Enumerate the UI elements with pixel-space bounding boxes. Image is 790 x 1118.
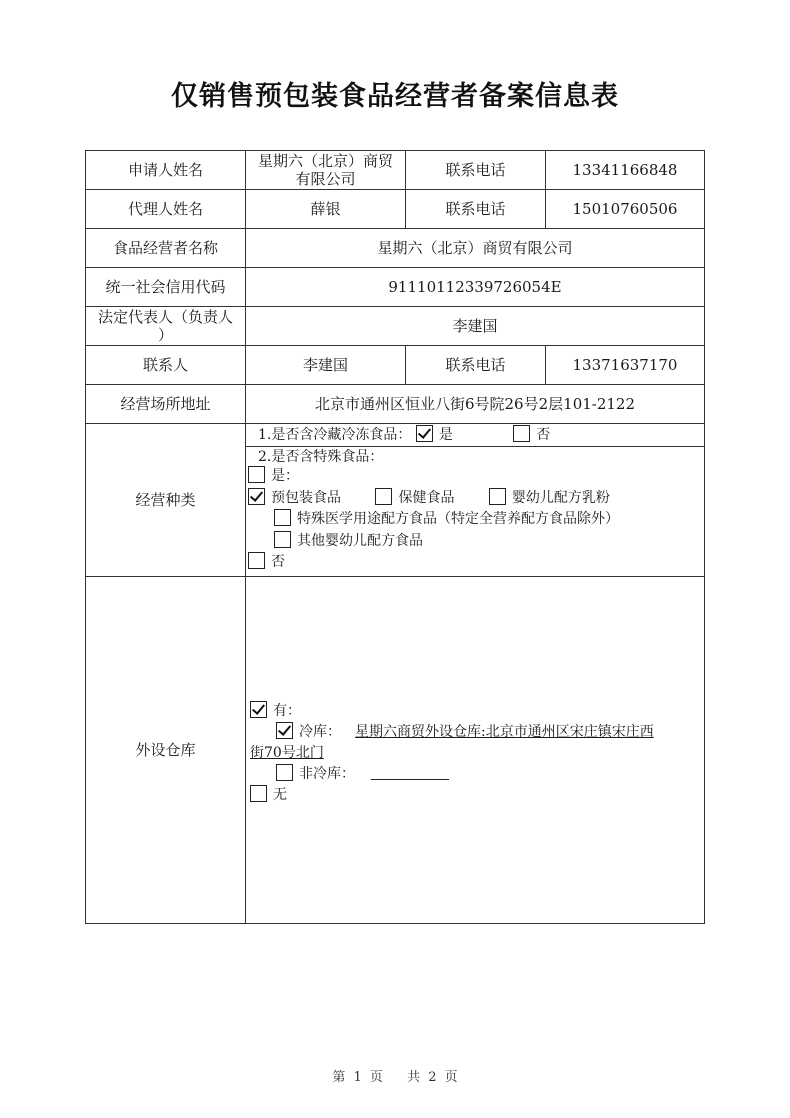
address-label: 经营场所地址 — [86, 385, 246, 424]
cold-storage-address: 星期六商贸外设仓库:北京市通州区宋庄镇宋庄西 — [355, 724, 654, 740]
operator-name-label: 食品经营者名称 — [86, 229, 246, 268]
contact-phone-label: 联系电话 — [406, 346, 546, 385]
contact-phone: 13371637170 — [546, 346, 705, 385]
special-food-yes-checkbox[interactable] — [248, 466, 265, 483]
warehouse-label: 外设仓库 — [86, 576, 246, 923]
special-medical-food-checkbox[interactable] — [274, 509, 291, 526]
legal-rep-value: 李建国 — [246, 307, 705, 346]
health-food-checkbox[interactable] — [375, 488, 392, 505]
applicant-value: 星期六（北京）商贸 有限公司 — [246, 151, 406, 190]
business-type-label: 经营种类 — [86, 424, 246, 577]
filing-form-table: 申请人姓名 星期六（北京）商贸 有限公司 联系电话 13341166848 代理… — [85, 150, 705, 924]
prepackaged-food-checkbox[interactable] — [248, 488, 265, 505]
row-credit-code: 统一社会信用代码 91110112339726054E — [86, 268, 705, 307]
warehouse-has-checkbox[interactable] — [250, 701, 267, 718]
cold-food-question: 1.是否含冷藏冷冻食品： 是 否 — [246, 424, 704, 447]
cold-storage-checkbox[interactable] — [276, 722, 293, 739]
address-value: 北京市通州区恒业八街6号院26号2层101-2122 — [246, 385, 705, 424]
row-applicant: 申请人姓名 星期六（北京）商贸 有限公司 联系电话 13341166848 — [86, 151, 705, 190]
page-total: 共 2 页 — [407, 1070, 458, 1085]
non-cold-storage-checkbox[interactable] — [276, 764, 293, 781]
cold-storage-address-cont: 街70号北门 — [250, 745, 324, 761]
contact-value: 李建国 — [246, 346, 406, 385]
row-business-type: 经营种类 1.是否含冷藏冷冻食品： 是 否 2.是否含特殊食品： 是： 预包装食… — [86, 424, 705, 577]
row-agent: 代理人姓名 薛银 联系电话 15010760506 — [86, 190, 705, 229]
credit-code-value: 91110112339726054E — [246, 268, 705, 307]
operator-name-value: 星期六（北京）商贸有限公司 — [246, 229, 705, 268]
cold-food-yes-checkbox[interactable] — [416, 425, 433, 442]
agent-value: 薛银 — [246, 190, 406, 229]
other-infant-formula-checkbox[interactable] — [274, 531, 291, 548]
row-address: 经营场所地址 北京市通州区恒业八街6号院26号2层101-2122 — [86, 385, 705, 424]
applicant-label: 申请人姓名 — [86, 151, 246, 190]
row-operator-name: 食品经营者名称 星期六（北京）商贸有限公司 — [86, 229, 705, 268]
agent-label: 代理人姓名 — [86, 190, 246, 229]
special-food-no-checkbox[interactable] — [248, 552, 265, 569]
infant-formula-checkbox[interactable] — [489, 488, 506, 505]
row-warehouse: 外设仓库 有： 冷库：星期六商贸外设仓库:北京市通州区宋庄镇宋庄西 街70号北门… — [86, 576, 705, 923]
page-number: 第 1 页 — [332, 1070, 383, 1085]
agent-phone-label: 联系电话 — [406, 190, 546, 229]
row-legal-rep: 法定代表人（负责人 ） 李建国 — [86, 307, 705, 346]
page-footer: 第 1 页 共 2 页 — [0, 1066, 790, 1085]
credit-code-label: 统一社会信用代码 — [86, 268, 246, 307]
non-cold-storage-blank — [371, 765, 449, 780]
document-title: 仅销售预包装食品经营者备案信息表 — [0, 74, 790, 113]
legal-rep-label: 法定代表人（负责人 ） — [86, 307, 246, 346]
applicant-phone-label: 联系电话 — [406, 151, 546, 190]
agent-phone: 15010760506 — [546, 190, 705, 229]
cold-food-no-checkbox[interactable] — [513, 425, 530, 442]
contact-label: 联系人 — [86, 346, 246, 385]
row-contact: 联系人 李建国 联系电话 13371637170 — [86, 346, 705, 385]
special-food-question: 2.是否含特殊食品： 是： 预包装食品 保健食品 婴幼儿配方乳粉 特殊医学用途配… — [246, 447, 704, 576]
warehouse-none-checkbox[interactable] — [250, 785, 267, 802]
business-type-options: 1.是否含冷藏冷冻食品： 是 否 2.是否含特殊食品： 是： 预包装食品 保健食… — [246, 424, 705, 577]
warehouse-options: 有： 冷库：星期六商贸外设仓库:北京市通州区宋庄镇宋庄西 街70号北门 非冷库：… — [246, 576, 705, 923]
applicant-phone: 13341166848 — [546, 151, 705, 190]
